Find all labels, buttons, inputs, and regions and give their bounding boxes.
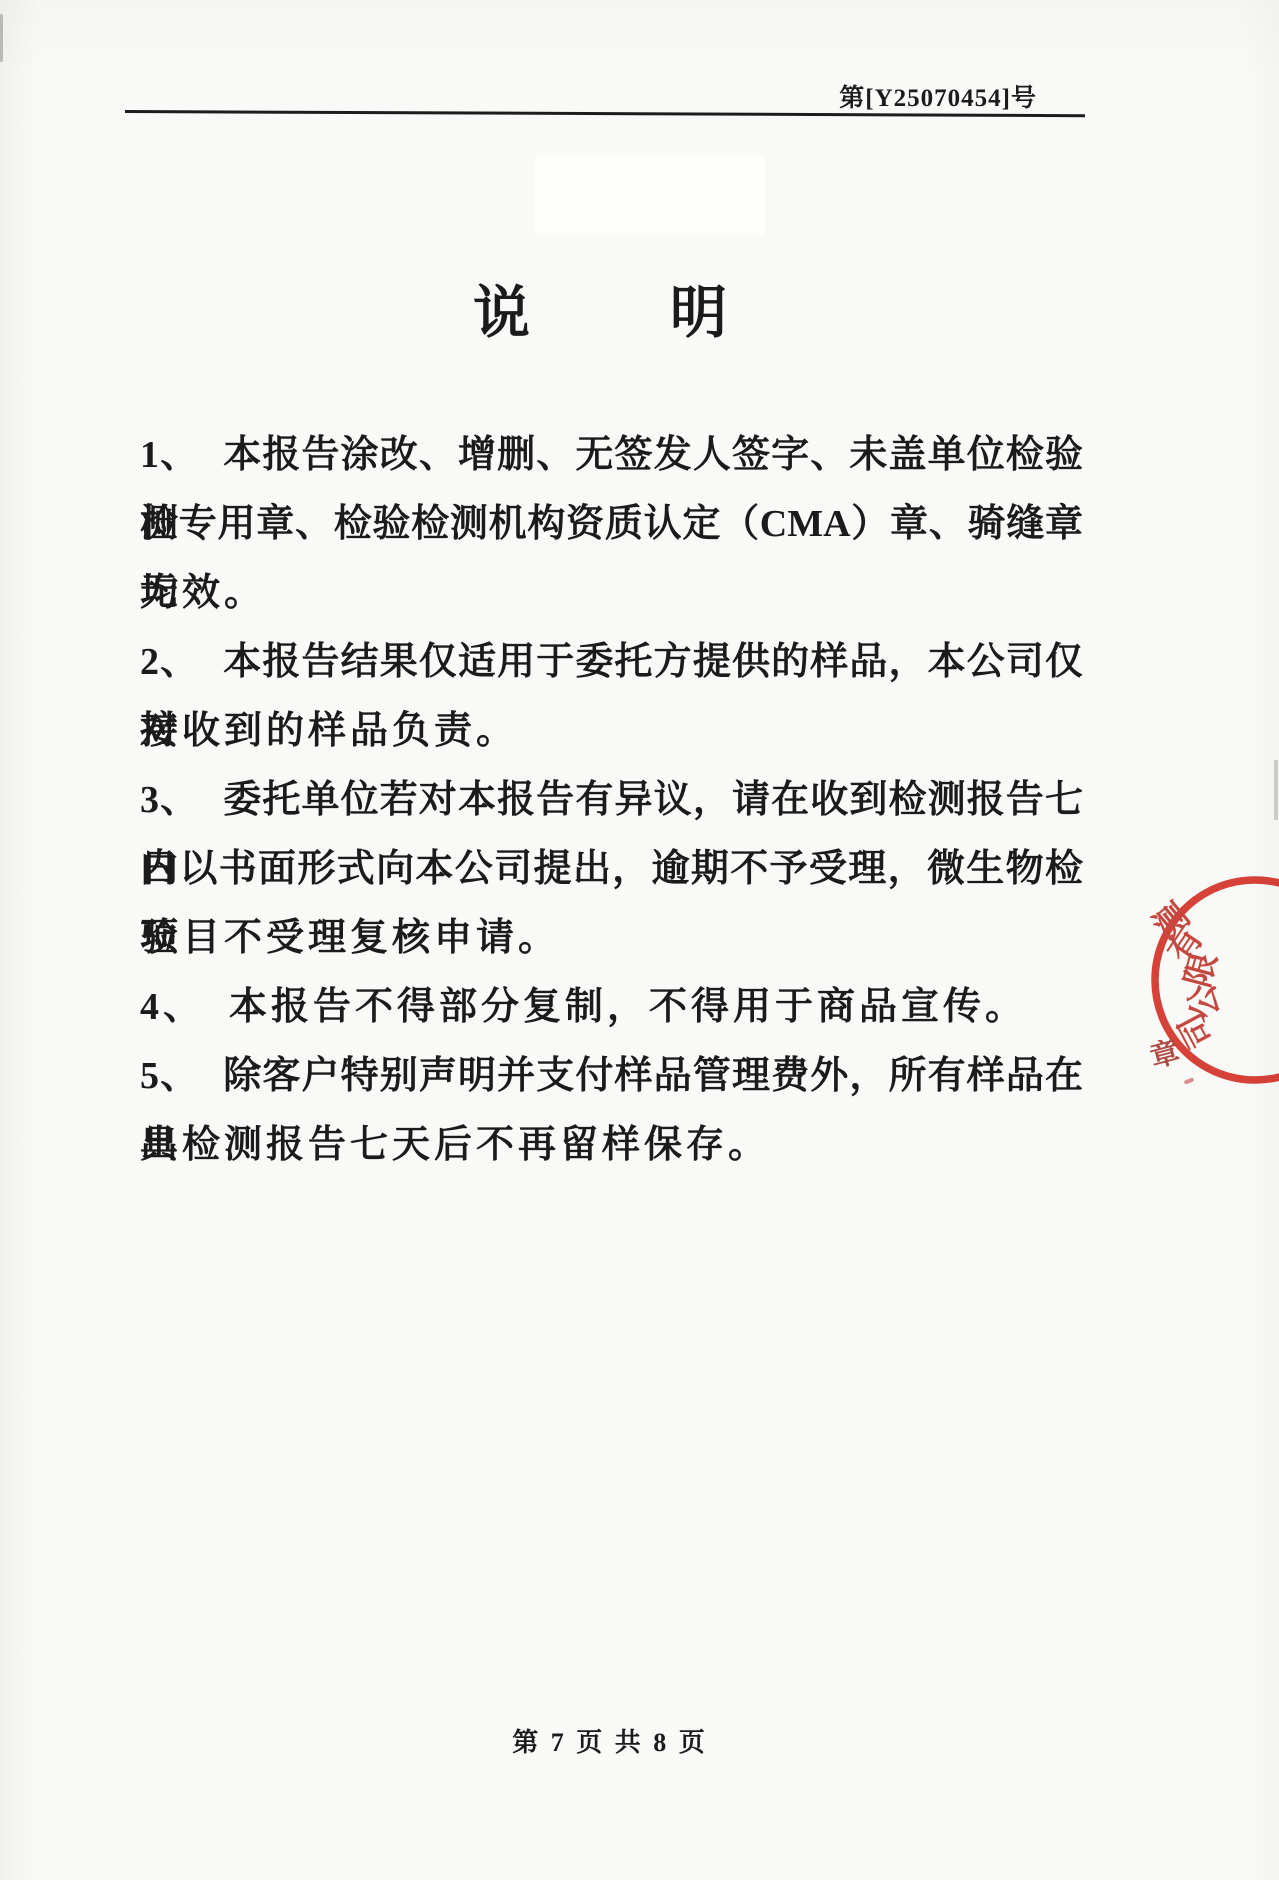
company-seal-stamp: 测 有 限 公 司 章 xyxy=(1140,860,1279,1120)
note-number: 2、 xyxy=(140,641,199,683)
scan-artifact-top-left xyxy=(0,14,3,62)
scan-artifact-right-edge xyxy=(1274,760,1278,820)
note-item-4: 4、本报告不得部分复制，不得用于商品宣传。 xyxy=(140,973,1083,1042)
note-line: 测专用章、检验检测机构资质认定（CMA）章、骑缝章均 xyxy=(140,490,1083,559)
note-line: 项目不受理复核申请。 xyxy=(140,904,1083,973)
report-number: 第[Y25070454]号 xyxy=(0,78,1037,114)
note-line: 具检测报告七天后不再留样保存。 xyxy=(140,1111,1083,1180)
scanned-page: 第[Y25070454]号 说 明 1、本报告涂改、增删、无签发人签字、未盖单位… xyxy=(0,0,1279,1880)
title-char-1: 说 xyxy=(473,283,530,346)
note-item-5: 5、除客户特别声明并支付样品管理费外，所有样品在出 具检测报告七天后不再留样保存… xyxy=(140,1042,1083,1180)
note-line: 3、委托单位若对本报告有异议，请在收到检测报告七日 xyxy=(140,766,1083,835)
seal-ink-speck xyxy=(1184,1077,1195,1084)
note-line: 1、本报告涂改、增删、无签发人签字、未盖单位检验检 xyxy=(140,421,1083,490)
note-number: 3、 xyxy=(140,779,199,821)
note-number: 5、 xyxy=(140,1055,199,1097)
note-line: 5、除客户特别声明并支付样品管理费外，所有样品在出 xyxy=(140,1042,1083,1111)
title-char-2: 明 xyxy=(670,283,727,346)
seal-graphic: 测 有 限 公 司 章 xyxy=(1140,860,1279,1120)
note-item-1: 1、本报告涂改、增删、无签发人签字、未盖单位检验检 测专用章、检验检测机构资质认… xyxy=(140,421,1083,628)
note-item-3: 3、委托单位若对本报告有异议，请在收到检测报告七日 内以书面形式向本公司提出，逾… xyxy=(140,766,1083,973)
note-line: 无效。 xyxy=(140,559,1083,628)
scan-artifact-light-patch xyxy=(535,155,765,235)
notes-list: 1、本报告涂改、增删、无签发人签字、未盖单位检验检 测专用章、检验检测机构资质认… xyxy=(140,421,1083,1180)
note-item-2: 2、本报告结果仅适用于委托方提供的样品，本公司仅对 接收到的样品负责。 xyxy=(140,628,1083,766)
note-number: 4、 xyxy=(140,986,205,1028)
note-line: 接收到的样品负责。 xyxy=(140,697,1083,766)
note-number: 1、 xyxy=(140,434,199,476)
note-line: 内以书面形式向本公司提出，逾期不予受理，微生物检验 xyxy=(140,835,1083,904)
page-title: 说 明 xyxy=(473,283,727,346)
note-line: 2、本报告结果仅适用于委托方提供的样品，本公司仅对 xyxy=(140,628,1083,697)
note-text: 本报告不得部分复制，不得用于商品宣传。 xyxy=(229,986,1027,1028)
page-footer: 第 7 页 共 8 页 xyxy=(0,1722,1220,1759)
note-line: 4、本报告不得部分复制，不得用于商品宣传。 xyxy=(140,973,1083,1042)
